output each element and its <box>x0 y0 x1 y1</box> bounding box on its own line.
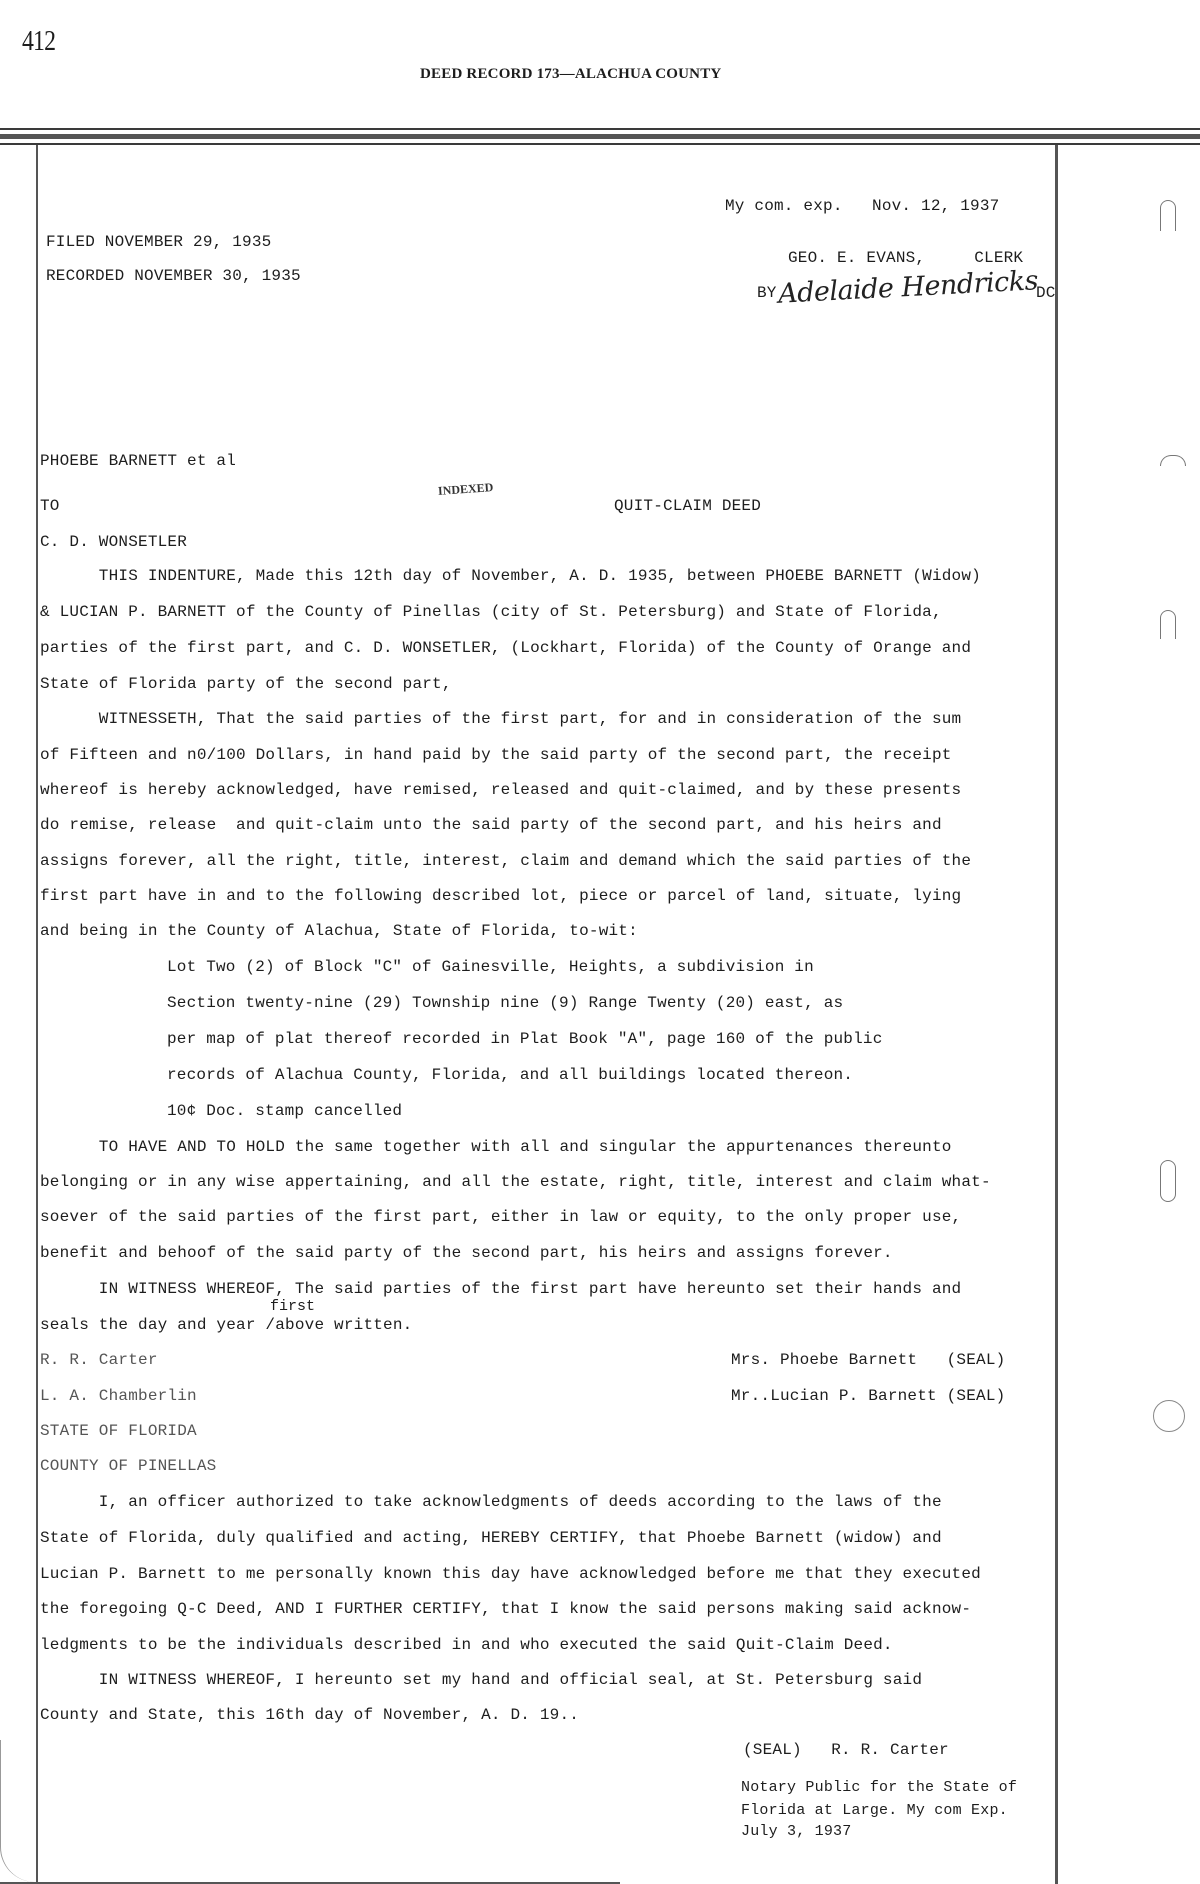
body-line: State of Florida party of the second par… <box>40 675 452 693</box>
clerk-name: GEO. E. EVANS, CLERK <box>788 249 1023 267</box>
grantee-caption: C. D. WONSETLER <box>40 533 187 551</box>
certificate-line: the foregoing Q-C Deed, AND I FURTHER CE… <box>40 1600 971 1618</box>
binder-hole-icon <box>1160 610 1176 639</box>
indexed-stamp: INDEXED <box>438 480 494 499</box>
body-line: assigns forever, all the right, title, i… <box>40 852 971 870</box>
deputy-clerk-signature: Adelaide Hendricks <box>777 265 1038 310</box>
witness-clause-line: County and State, this 16th day of Novem… <box>40 1706 579 1724</box>
recorded-date: RECORDED NOVEMBER 30, 1935 <box>46 267 301 285</box>
page-number: 412 <box>22 26 55 58</box>
body-line: whereof is hereby acknowledged, have rem… <box>40 781 961 799</box>
venue-state: STATE OF FLORIDA <box>40 1422 197 1440</box>
grantor-signature: Mr..Lucian P. Barnett (SEAL) <box>731 1387 1005 1405</box>
body-line: IN WITNESS WHEREOF, The said parties of … <box>40 1280 961 1298</box>
header-rule-lower <box>0 143 1200 145</box>
header-rule <box>0 128 1200 130</box>
header-rule-thick <box>0 134 1200 139</box>
binder-hole-icon <box>1160 1160 1176 1202</box>
binder-hole-icon <box>1160 455 1186 466</box>
body-line: soever of the said parties of the first … <box>40 1208 961 1226</box>
body-line: WITNESSETH, That the said parties of the… <box>40 710 961 728</box>
notary-title: Florida at Large. My com Exp. <box>741 1802 1008 1819</box>
interlineation: first <box>270 1298 315 1315</box>
witness-name: L. A. Chamberlin <box>40 1387 197 1405</box>
body-line: seals the day and year /above written. <box>40 1316 412 1334</box>
right-margin-rule <box>1055 145 1058 1884</box>
grantor-signature: Mrs. Phoebe Barnett (SEAL) <box>731 1351 1005 1369</box>
legal-description-line: Lot Two (2) of Block "C" of Gainesville,… <box>167 958 814 976</box>
witness-name: R. R. Carter <box>40 1351 158 1369</box>
body-line: first part have in and to the following … <box>40 887 961 905</box>
notary-commission: July 3, 1937 <box>741 1823 851 1840</box>
body-line: belonging or in any wise appertaining, a… <box>40 1173 991 1191</box>
legal-description-line: per map of plat thereof recorded in Plat… <box>167 1030 883 1048</box>
record-title: DEED RECORD 173—ALACHUA COUNTY <box>420 66 721 83</box>
commission-expiry: My com. exp. Nov. 12, 1937 <box>725 197 999 215</box>
notary-title: Notary Public for the State of <box>741 1779 1017 1796</box>
body-line: do remise, release and quit-claim unto t… <box>40 816 942 834</box>
body-line: benefit and behoof of the said party of … <box>40 1244 893 1262</box>
notary-signature: (SEAL) R. R. Carter <box>743 1741 949 1759</box>
body-line: THIS INDENTURE, Made this 12th day of No… <box>40 567 981 585</box>
certificate-line: I, an officer authorized to take acknowl… <box>40 1493 942 1511</box>
certificate-line: Lucian P. Barnett to me personally known… <box>40 1565 981 1583</box>
doc-stamp-note: 10¢ Doc. stamp cancelled <box>167 1102 402 1120</box>
by-label: BY <box>757 284 777 302</box>
page-curl <box>0 1740 35 1882</box>
witness-clause-line: IN WITNESS WHEREOF, I hereunto set my ha… <box>40 1671 922 1689</box>
binder-hole-icon <box>1160 200 1176 231</box>
instrument-type: QUIT-CLAIM DEED <box>614 497 761 515</box>
grantor-caption: PHOEBE BARNETT et al <box>40 452 236 470</box>
body-line: TO HAVE AND TO HOLD the same together wi… <box>40 1138 952 1156</box>
certificate-line: State of Florida, duly qualified and act… <box>40 1529 942 1547</box>
legal-description-line: records of Alachua County, Florida, and … <box>167 1066 853 1084</box>
body-line: of Fifteen and n0/100 Dollars, in hand p… <box>40 746 952 764</box>
certificate-line: ledgments to be the individuals describe… <box>40 1636 893 1654</box>
legal-description-line: Section twenty-nine (29) Township nine (… <box>167 994 843 1012</box>
dc-label: DC <box>1036 284 1056 302</box>
filed-date: FILED NOVEMBER 29, 1935 <box>46 233 271 251</box>
binder-ring-icon <box>1153 1400 1185 1432</box>
left-margin-rule <box>36 145 38 1884</box>
body-line: parties of the first part, and C. D. WON… <box>40 639 971 657</box>
body-line: and being in the County of Alachua, Stat… <box>40 922 638 940</box>
venue-county: COUNTY OF PINELLAS <box>40 1457 216 1475</box>
body-line: & LUCIAN P. BARNETT of the County of Pin… <box>40 603 942 621</box>
to-caption: TO <box>40 497 60 515</box>
